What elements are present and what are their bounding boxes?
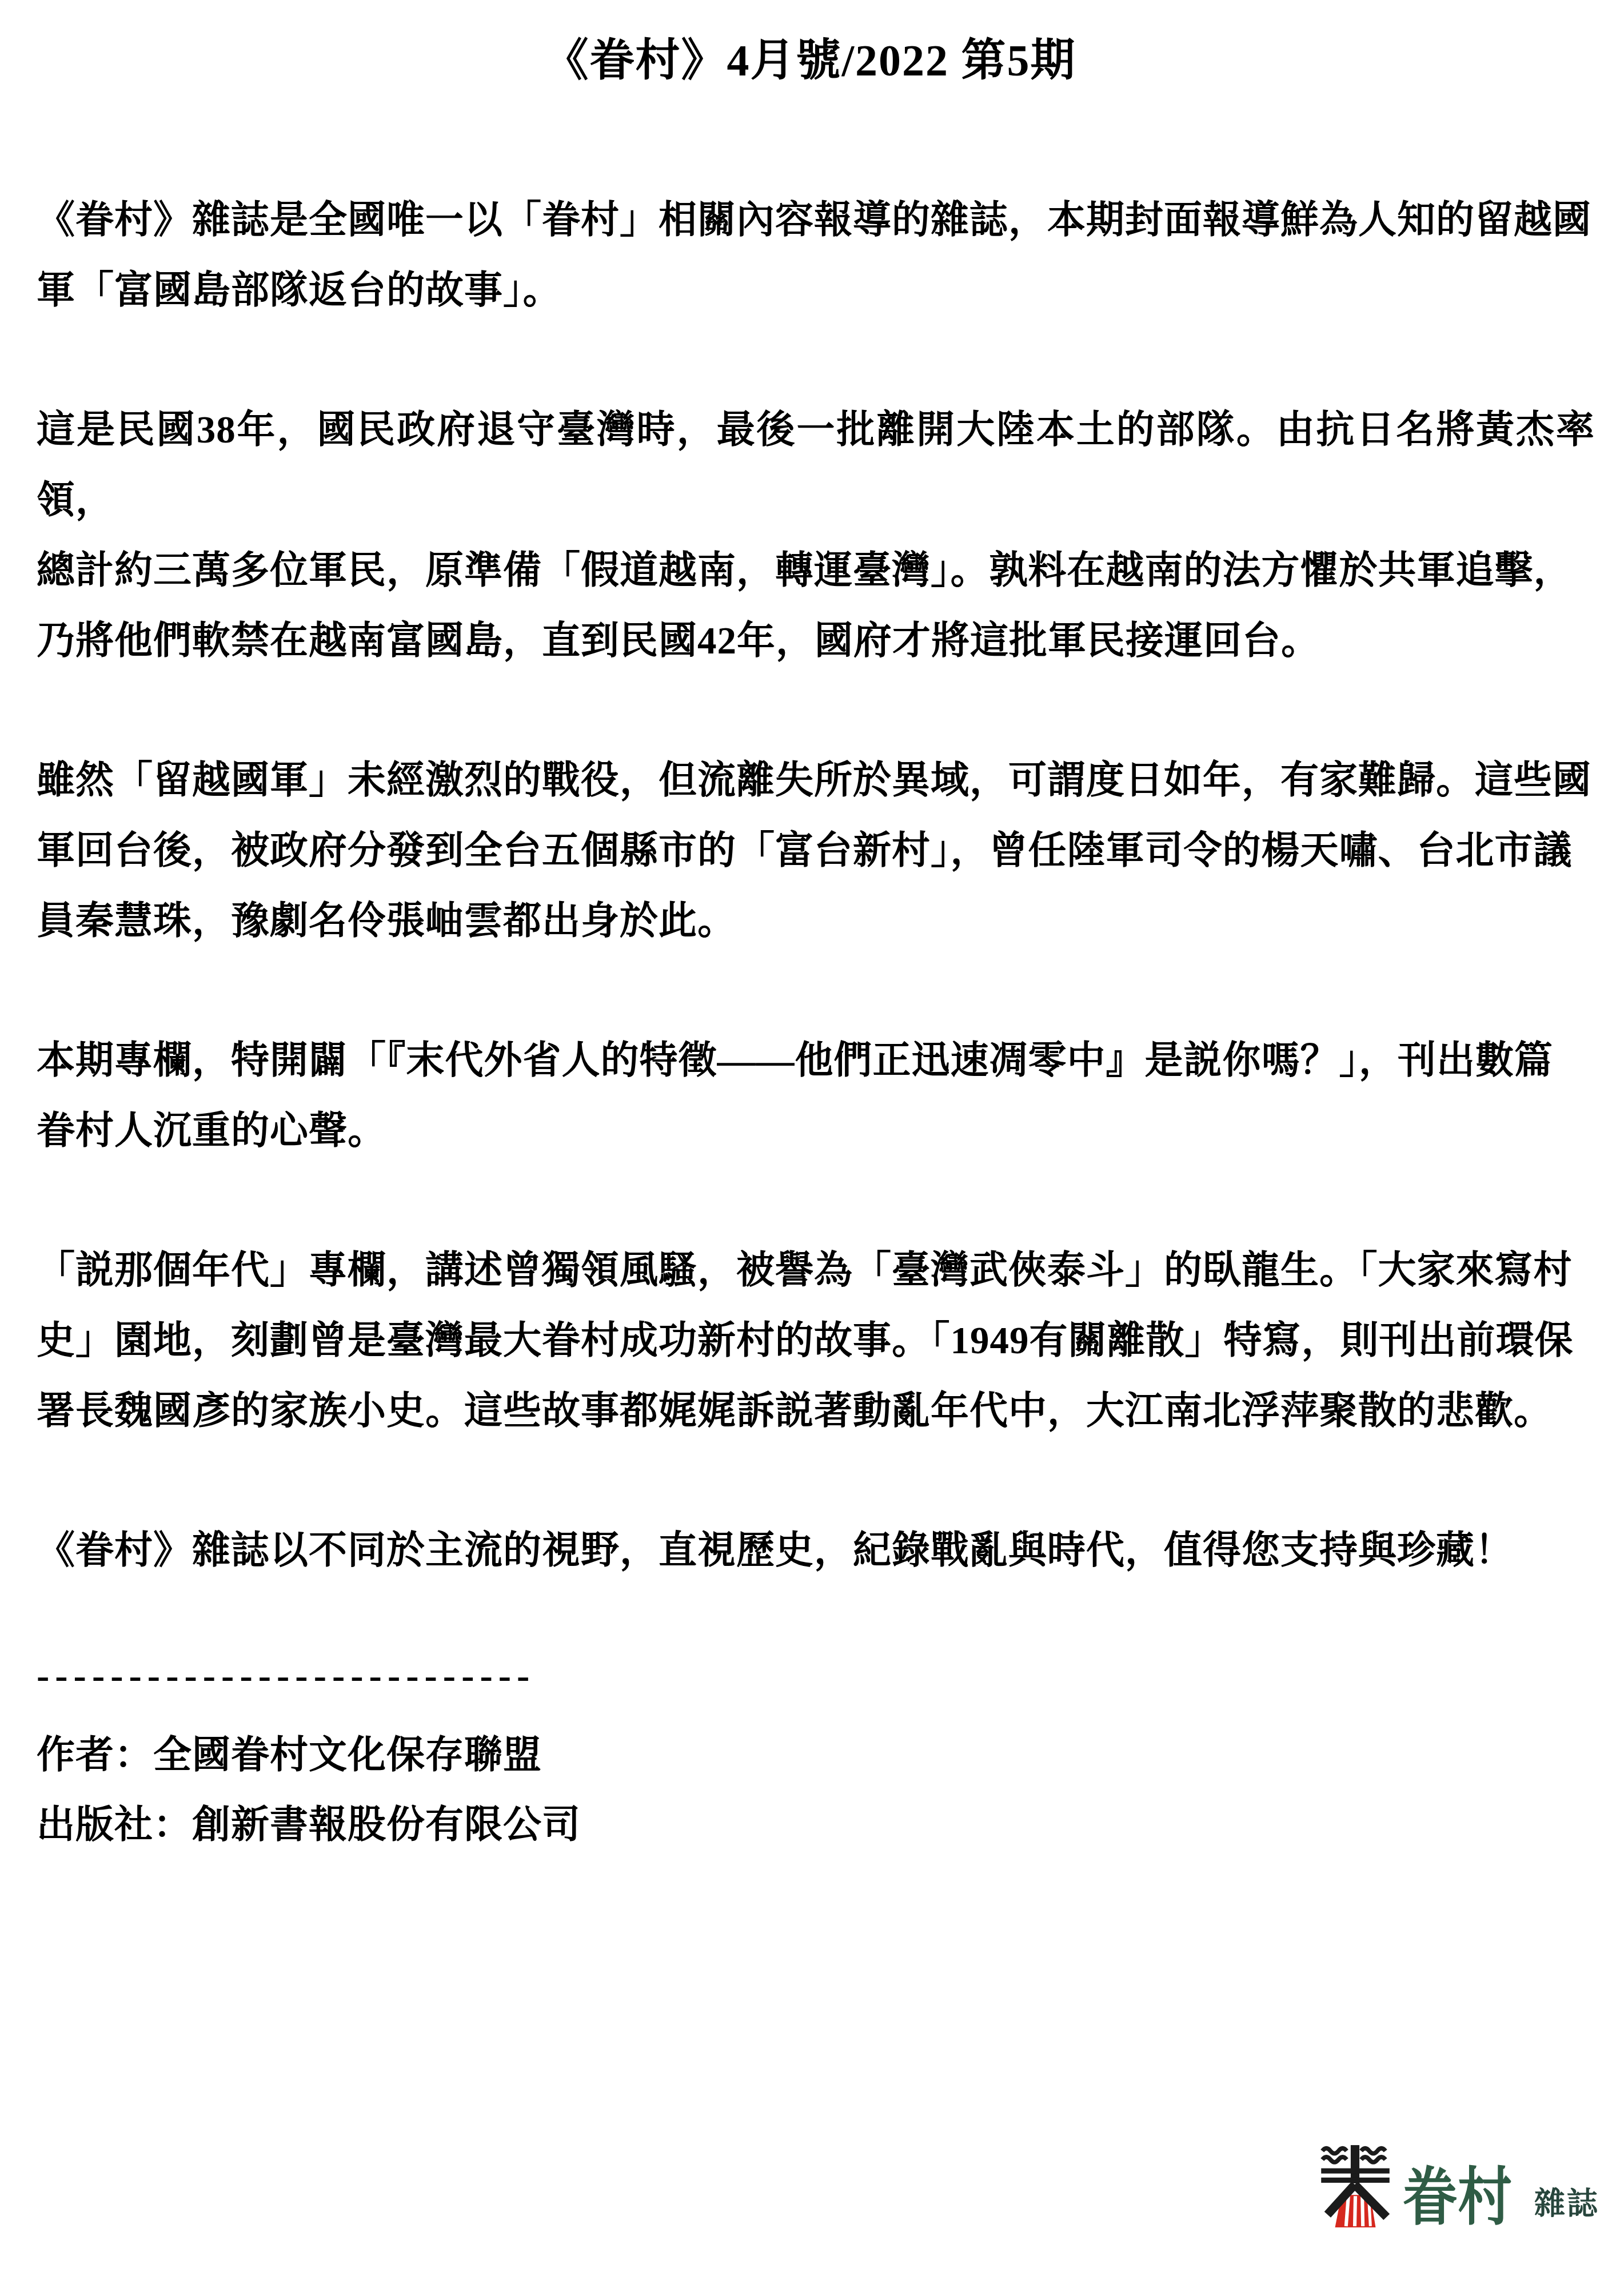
author-line: 作者：全國眷村文化保存聯盟 — [37, 1720, 1595, 1790]
logo-sub-text: 雜誌 — [1534, 2189, 1599, 2229]
dashed-separator: --------------------------- — [37, 1655, 1620, 1696]
juancun-seal-icon — [1319, 2142, 1391, 2229]
paragraph: 雖然「留越國軍」未經激烈的戰役，但流離失所於異域，可謂度日如年，有家難歸。這些國… — [37, 746, 1595, 956]
paragraph: 「説那個年代」專欄，講述曾獨領風騷，被譽為「臺灣武俠泰斗」的臥龍生。「大家來寫村… — [37, 1235, 1595, 1446]
paragraph: 《眷村》雜誌以不同於主流的視野，直視歷史，紀錄戰亂與時代，值得您支持與珍藏！ — [37, 1516, 1595, 1586]
paragraph: 本期專欄，特開闢「『末代外省人的特徵——他們正迅速凋零中』是説你嗎？」，刊出數篇… — [37, 1026, 1595, 1166]
paragraph: 《眷村》雜誌是全國唯一以「眷村」相關內容報導的雜誌，本期封面報導鮮為人知的留越國… — [37, 185, 1595, 326]
logo-main-text: 眷村 — [1403, 2168, 1513, 2229]
magazine-logo: 眷村 雜誌 — [1319, 2142, 1599, 2229]
page-title: 《眷村》4月號/2022 第5期 — [0, 0, 1620, 90]
body-text: 《眷村》雜誌是全國唯一以「眷村」相關內容報導的雜誌，本期封面報導鮮為人知的留越國… — [0, 90, 1620, 1586]
publication-info: 作者：全國眷村文化保存聯盟 出版社：創新書報股份有限公司 — [37, 1720, 1595, 1860]
paragraph: 這是民國38年，國民政府退守臺灣時，最後一批離開大陸本土的部隊。由抗日名將黃杰率… — [37, 395, 1595, 676]
document-page: 《眷村》4月號/2022 第5期 《眷村》雜誌是全國唯一以「眷村」相關內容報導的… — [0, 0, 1620, 2296]
publisher-line: 出版社：創新書報股份有限公司 — [37, 1790, 1595, 1860]
